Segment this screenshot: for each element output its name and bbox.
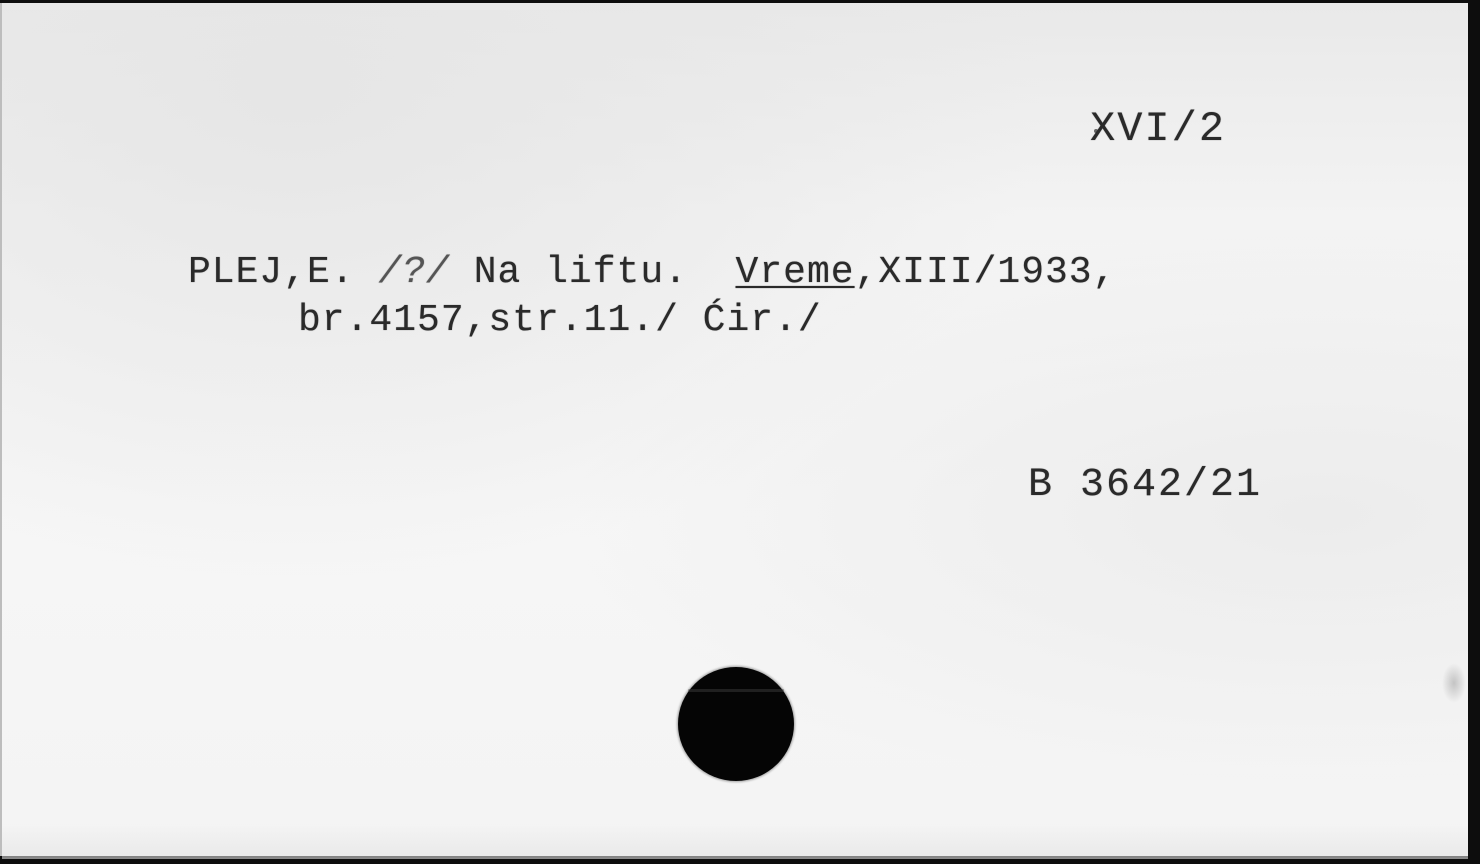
author-name: PLEJ,E. [188,251,355,294]
issue-page: br.4157,str.11. [298,299,655,342]
article-title: Na liftu. [474,251,688,294]
call-number: B 3642/21 [1028,463,1262,508]
bottom-shade [2,823,1468,859]
scanned-catalog-card: XVI/2 PLEJ,E. /?/ Na liftu. Vreme,XIII/1… [0,0,1480,864]
journal-issue: ,XIII/1933, [855,251,1117,294]
punch-hole-icon [678,667,794,781]
citation-line-2: br.4157,str.11./ Ćir./ [298,299,822,342]
uncertain-marker: /?/ [378,251,449,294]
script-note: / Ćir./ [655,299,822,342]
citation-line-1: PLEJ,E. /?/ Na liftu. Vreme,XIII/1933, [188,251,1116,294]
catalog-card: XVI/2 PLEJ,E. /?/ Na liftu. Vreme,XIII/1… [0,3,1468,856]
smudge [1442,663,1466,703]
shelf-mark: XVI/2 [1090,105,1226,153]
journal-name: Vreme [736,251,855,294]
